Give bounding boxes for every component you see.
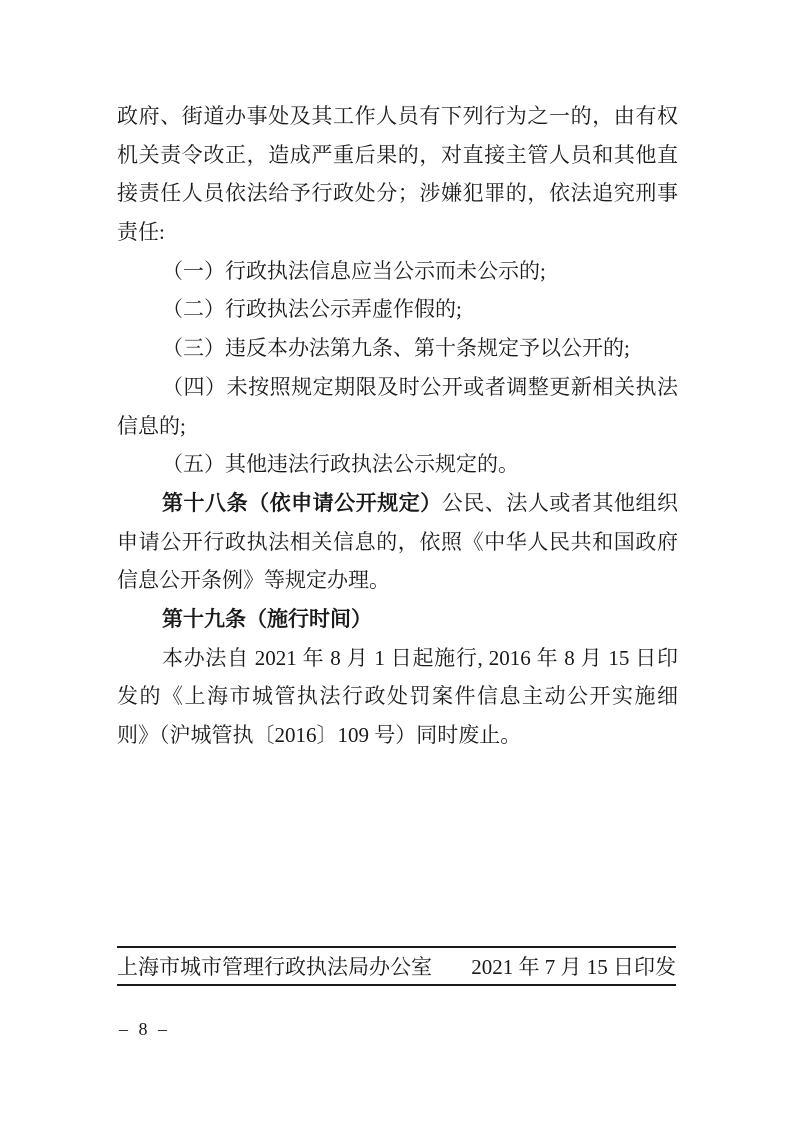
body-line: （四）未按照规定期限及时公开或者调整更新相关执法 [117,368,678,407]
body-line-text: 公民、法人或者其他组织 [442,491,678,515]
body-line: 申请公开行政执法相关信息的，依照《中华人民共和国政府 [117,523,678,562]
article-heading: 第十八条（依申请公开规定） [162,491,442,515]
body-line-text: 信息公开条例》等规定办理。 [117,568,390,592]
body-line: 第十九条（施行时间） [117,600,678,639]
body-line: 第十八条（依申请公开规定）公民、法人或者其他组织 [117,484,678,523]
body-line-text: 信息的; [117,414,186,438]
footer-bar: 上海市城市管理行政执法局办公室 2021 年 7 月 15 日印发 [117,946,676,986]
body-line: 发的《上海市城管执法行政处罚案件信息主动公开实施细 [117,677,678,716]
body-line: （三）违反本办法第九条、第十条规定予以公开的; [117,329,678,368]
body-line: 则》（沪城管执〔2016〕109 号）同时废止。 [117,716,678,755]
body-line-text: （三）违反本办法第九条、第十条规定予以公开的; [162,336,630,360]
body-line: 责任: [117,213,678,252]
body-line: 机关责令改正，造成严重后果的，对直接主管人员和其他直 [117,136,678,175]
article-heading: 第十九条（施行时间） [162,607,372,631]
body-line: 信息公开条例》等规定办理。 [117,561,678,600]
body-line-text: 机关责令改正，造成严重后果的，对直接主管人员和其他直 [117,143,678,167]
body-line-text: 申请公开行政执法相关信息的，依照《中华人民共和国政府 [117,530,678,554]
body-line: 政府、街道办事处及其工作人员有下列行为之一的，由有权 [117,97,678,136]
body-line-text: （一）行政执法信息应当公示而未公示的; [162,259,546,283]
body-line: 接责任人员依法给予行政处分；涉嫌犯罪的，依法追究刑事 [117,174,678,213]
body-line: 本办法自 2021 年 8 月 1 日起施行, 2016 年 8 月 15 日印 [117,639,678,678]
document-page: 政府、街道办事处及其工作人员有下列行为之一的，由有权机关责令改正，造成严重后果的… [0,0,793,1122]
body-line: （五）其他违法行政执法公示规定的。 [117,445,678,484]
body-line-text: 接责任人员依法给予行政处分；涉嫌犯罪的，依法追究刑事 [117,181,678,205]
document-body: 政府、街道办事处及其工作人员有下列行为之一的，由有权机关责令改正，造成严重后果的… [117,97,678,755]
body-line: 信息的; [117,407,678,446]
body-line-text: 责任: [117,220,165,244]
body-line-text: 发的《上海市城管执法行政处罚案件信息主动公开实施细 [117,684,678,708]
body-line-text: （五）其他违法行政执法公示规定的。 [162,452,519,476]
footer-print-date: 2021 年 7 月 15 日印发 [471,951,676,981]
body-line-text: （四）未按照规定期限及时公开或者调整更新相关执法 [162,375,678,399]
body-line: （一）行政执法信息应当公示而未公示的; [117,252,678,291]
body-line-text: 则》（沪城管执〔2016〕109 号）同时废止。 [117,723,521,747]
body-line-text: 本办法自 2021 年 8 月 1 日起施行, 2016 年 8 月 15 日印 [162,646,678,670]
body-line-text: 政府、街道办事处及其工作人员有下列行为之一的，由有权 [117,104,678,128]
footer-issuer: 上海市城市管理行政执法局办公室 [117,951,432,981]
page-number: – 8 – [119,1019,170,1040]
body-line: （二）行政执法公示弄虚作假的; [117,290,678,329]
body-line-text: （二）行政执法公示弄虚作假的; [162,297,462,321]
